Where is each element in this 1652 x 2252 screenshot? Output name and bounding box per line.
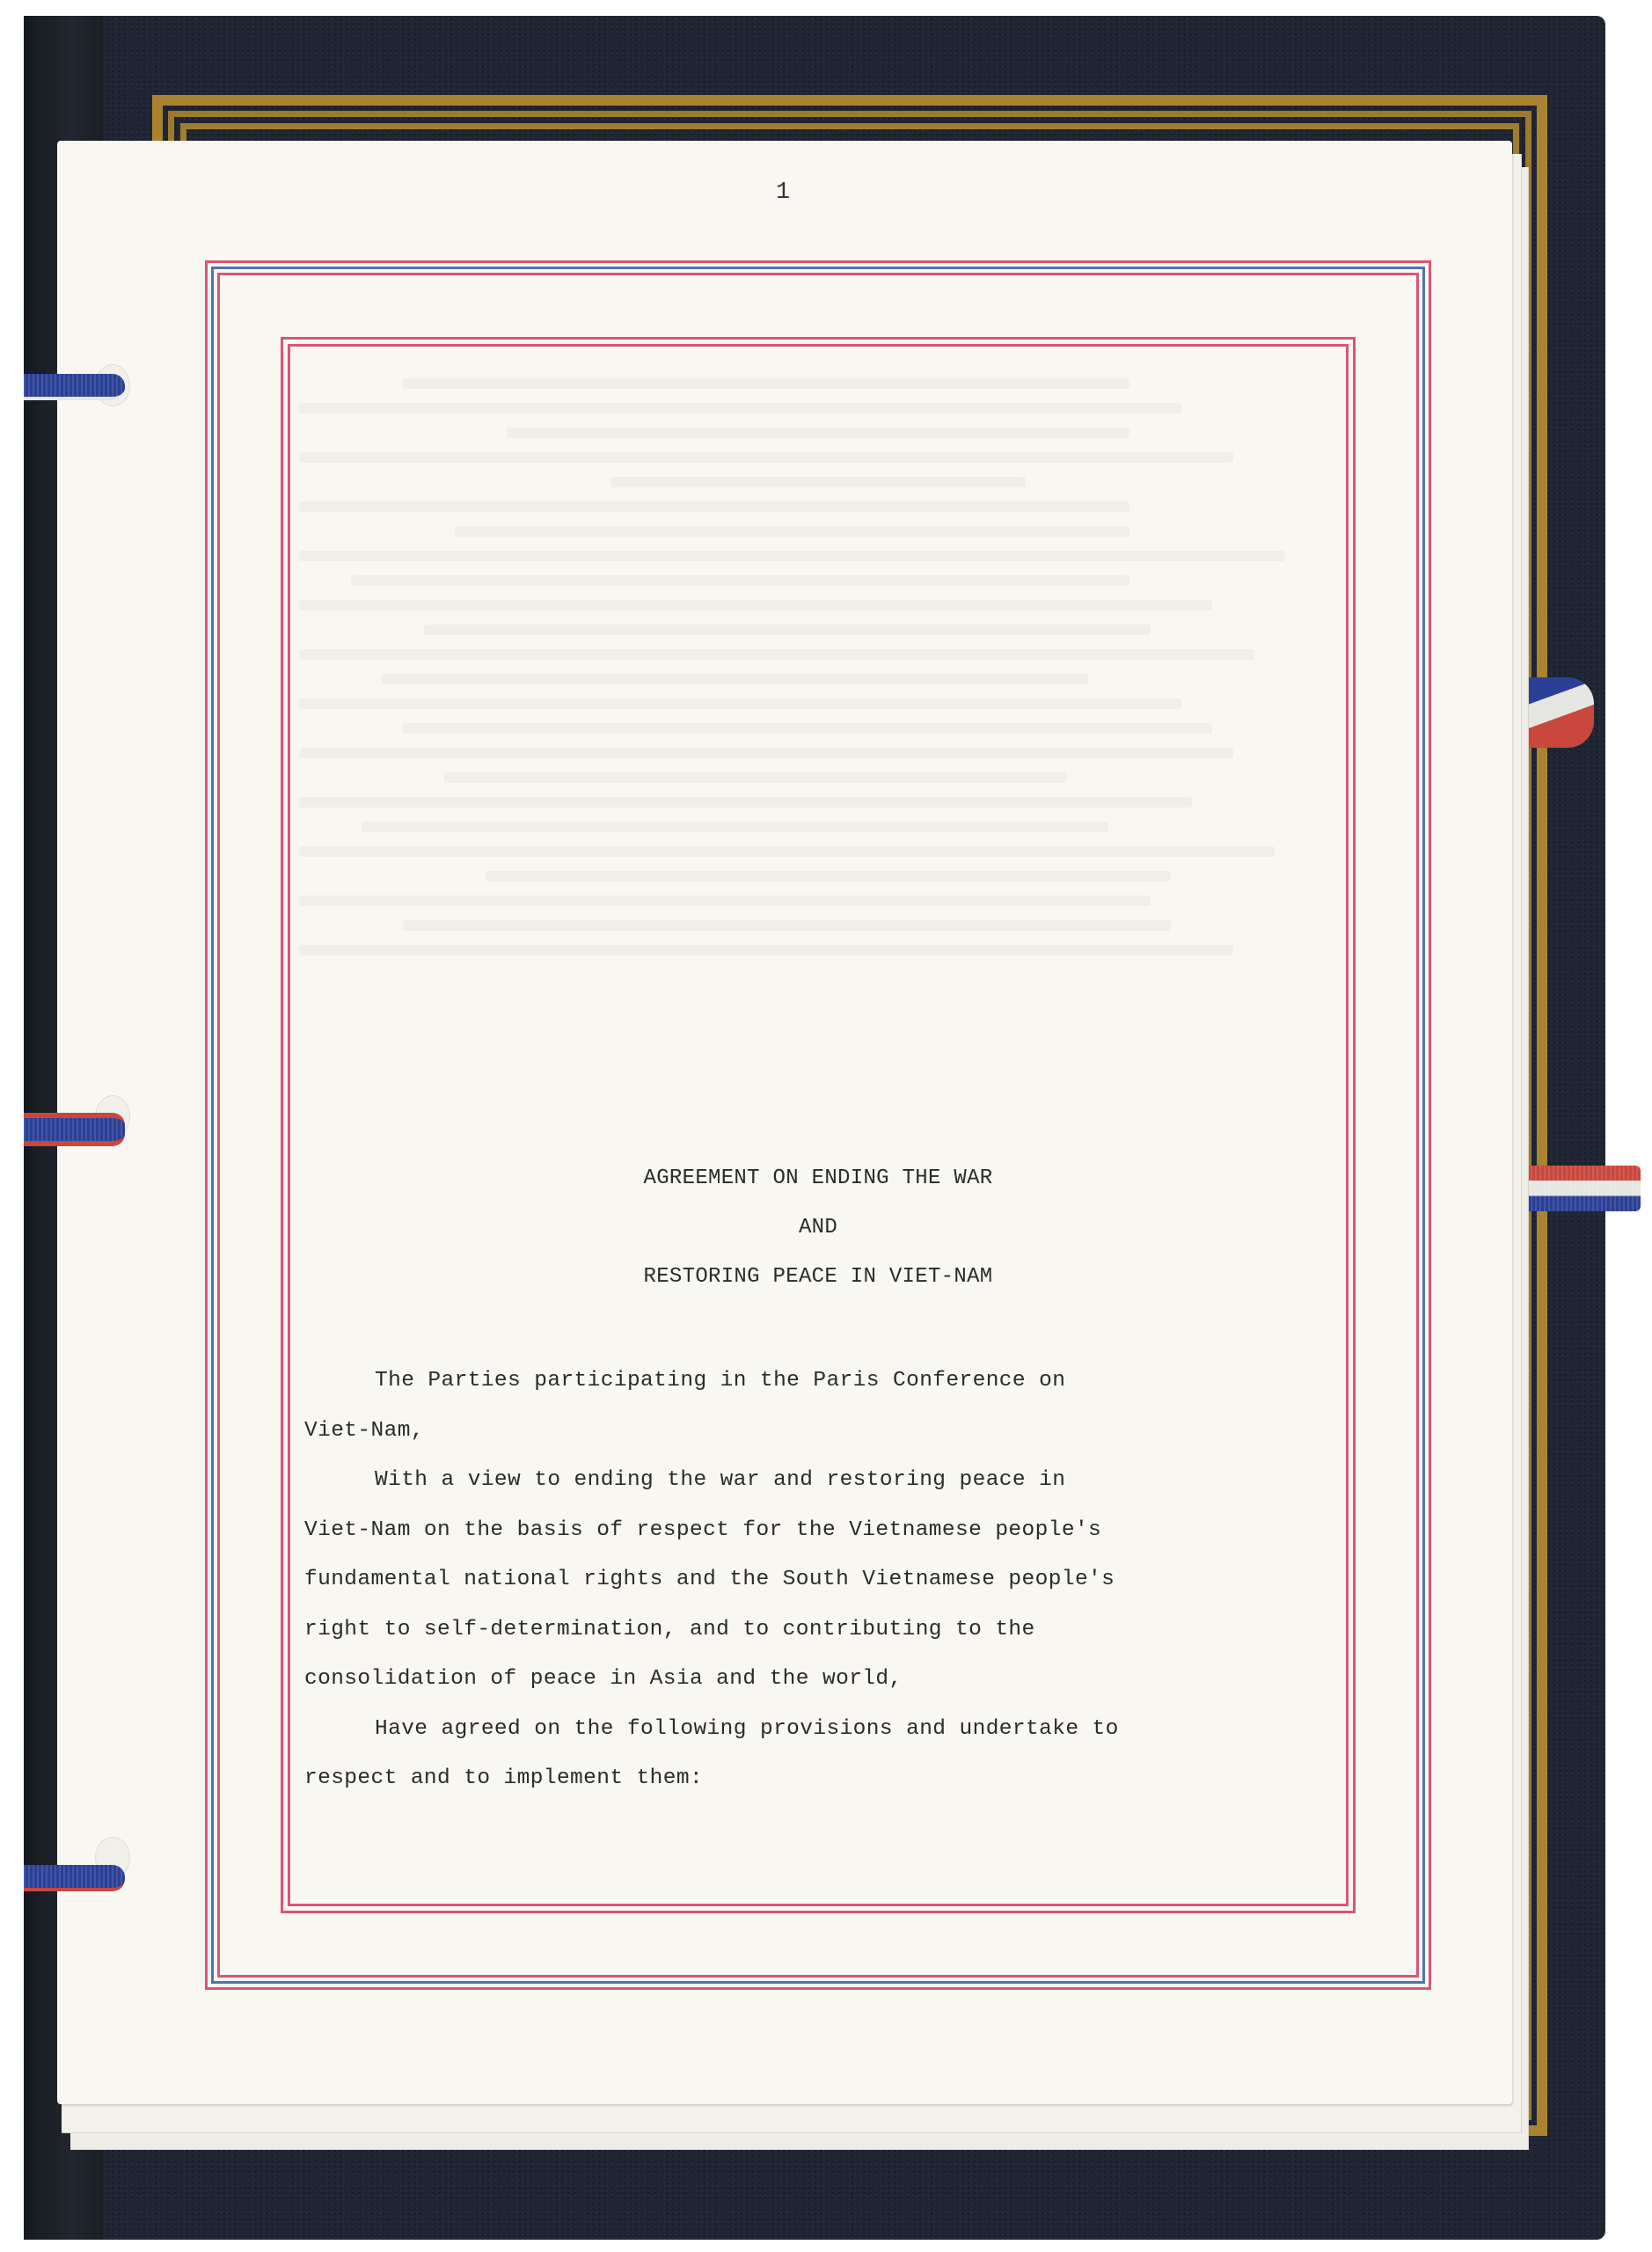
ribbon-tie-left-top — [24, 374, 125, 400]
body-line: The Parties participating in the Paris C… — [304, 1356, 1342, 1407]
body-line: With a view to ending the war and restor… — [304, 1456, 1342, 1506]
body-line: right to self-determination, and to cont… — [304, 1605, 1342, 1656]
body-line: fundamental national rights and the Sout… — [304, 1555, 1342, 1605]
title-line-3: RESTORING PEACE IN VIET-NAM — [290, 1265, 1346, 1289]
show-through-text — [299, 378, 1337, 969]
title-line-1: AGREEMENT ON ENDING THE WAR — [290, 1166, 1346, 1190]
ribbon-tie-left-bottom — [24, 1865, 125, 1891]
ribbon-tie-left-middle — [24, 1113, 125, 1146]
body-line: respect and to implement them: — [304, 1754, 1342, 1804]
page-number: 1 — [0, 179, 1566, 206]
body-line: consolidation of peace in Asia and the w… — [304, 1655, 1342, 1705]
body-line: Have agreed on the following provisions … — [304, 1705, 1342, 1755]
preamble-text: The Parties participating in the Paris C… — [304, 1356, 1342, 1804]
body-line: Viet-Nam, — [304, 1407, 1342, 1457]
ribbon-tie-right-upper — [1524, 677, 1594, 748]
title-line-2: AND — [290, 1216, 1346, 1239]
ribbon-tie-right-lower — [1517, 1166, 1641, 1211]
body-line: Viet-Nam on the basis of respect for the… — [304, 1506, 1342, 1556]
